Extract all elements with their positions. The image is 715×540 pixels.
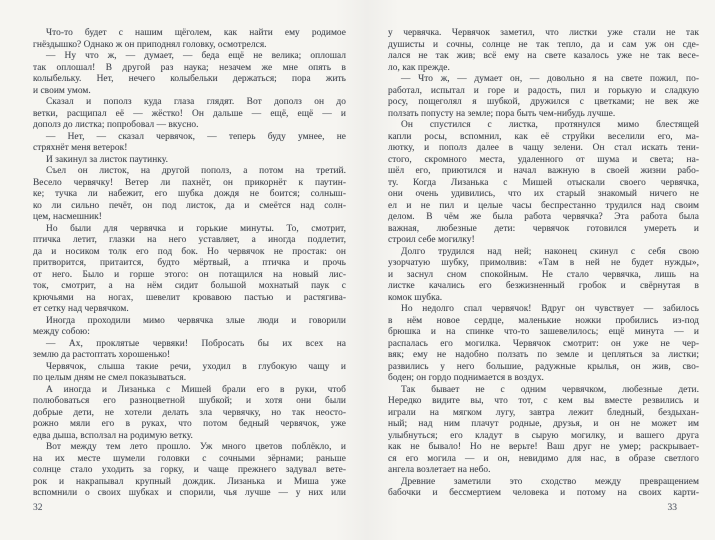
text-line: Что-то будет с нашим щёголем, как найти … xyxy=(33,28,346,40)
text-line: улыбнуться; его кладут в сырую могилку, … xyxy=(388,431,699,443)
text-line: дополз до листка; попробовал — вкусно. xyxy=(33,120,346,132)
text-line: лался не так жив; всё ему на свете казал… xyxy=(388,51,699,63)
text-line: ползать попусту на земле; пора быть чем-… xyxy=(388,109,699,121)
text-line: птичка летит, глазки на него уставляет, … xyxy=(33,235,346,247)
text-line: Но были для червячка и горькие минуты. Т… xyxy=(33,224,346,236)
text-line: шёл его, приютился и начал важную в свое… xyxy=(388,166,699,178)
text-line: А иногда и Лизанька с Мишей брали его в … xyxy=(33,385,346,397)
page-left: Что-то будет с нашим щёголем, как найти … xyxy=(33,28,346,514)
text-line: росу, пощеголял я шубкой, дружился с цве… xyxy=(388,97,699,109)
text-line: ко ли сильно печёт, он под листок, да и … xyxy=(33,201,346,213)
text-line: Вот между тем лето прошло. Уж много цвет… xyxy=(33,442,346,454)
text-line: строил себе могилку! xyxy=(388,235,699,247)
text-line: между собою: xyxy=(33,327,346,339)
text-line: Древние заметили это сходство между прев… xyxy=(388,477,699,489)
text-line: добрые дети, не хотели делать зла червяч… xyxy=(33,408,346,420)
text-line: Весело червячку! Ветер ли пахнёт, он при… xyxy=(33,178,346,190)
text-line: ло, как прежде. xyxy=(388,63,699,75)
text-line: от него. Было и горше этого: он потащилс… xyxy=(33,270,346,282)
page-right-text: у червячка. Червячок заметил, что листки… xyxy=(388,28,699,500)
text-line: Червячок, слыша такие речи, уходил в глу… xyxy=(33,362,346,374)
text-line: играли на мягком лугу, завтра лежит блед… xyxy=(388,408,699,420)
text-line: и заснул сном спокойным. Не стало червяч… xyxy=(388,270,699,282)
text-line: так оплошал! В другой раз наука; незачем… xyxy=(33,63,346,75)
text-line: цем, насмешник! xyxy=(33,212,346,224)
text-line: капли росы, вспомнил, как её струйки вес… xyxy=(388,132,699,144)
text-line: ток, смотрит, а на нём сидит большой мох… xyxy=(33,281,346,293)
text-line: по целым дням не смел показываться. xyxy=(33,373,346,385)
text-line: колыбельку. Нет, нечего колыбельки держа… xyxy=(33,74,346,86)
text-line: как не бывало! Но не верьте! Ваш друг не… xyxy=(388,442,699,454)
text-line: ет сетку над червячком. xyxy=(33,304,346,316)
text-line: землю да растоптать хорошенько! xyxy=(33,350,346,362)
text-line: солнце стало уходить за горку, и чаще пр… xyxy=(33,465,346,477)
text-line: едва дыша, всползал на родимую ветку. xyxy=(33,431,346,443)
text-line: ангела возлетает на небо. xyxy=(388,465,699,477)
text-line: в нём новое сердце, маленькие ножки проб… xyxy=(388,316,699,328)
text-line: стряхнёт меня ветерок! xyxy=(33,143,346,155)
text-line: притворится, притаится, будто мёртвый, а… xyxy=(33,258,346,270)
text-line: развились у него большие, радужные крыль… xyxy=(388,362,699,374)
text-line: ся его могила — и он, невидимо для нас, … xyxy=(388,454,699,466)
text-line: рожно мяли его в руках, что потом бедный… xyxy=(33,419,346,431)
text-line: и своим умом. xyxy=(33,86,346,98)
text-line: они очень удивились, что их старый знако… xyxy=(388,189,699,201)
text-line: лютку, и пополз далее в чащу зелени. Он … xyxy=(388,143,699,155)
text-line: Иногда проходили мимо червячка злые люди… xyxy=(33,316,346,328)
text-line: листке качались его безжизненный гробок … xyxy=(388,281,699,293)
text-line: брюшка и на спинке что-то зашевелилось; … xyxy=(388,327,699,339)
page-number-right: 33 xyxy=(388,503,699,514)
text-line: делом. В чём же была работа червячка? Эт… xyxy=(388,212,699,224)
text-line: работал, испытал и горе и радость, пил и… xyxy=(388,86,699,98)
book-spread: Что-то будет с нашим щёголем, как найти … xyxy=(0,0,715,540)
text-line: бабочки и бессмертием человека и потому … xyxy=(388,488,699,500)
text-line: Съел он листок, на другой пополз, а пото… xyxy=(33,166,346,178)
text-line: у червячка. Червячок заметил, что листки… xyxy=(388,28,699,40)
text-line: вяк; ему не надобно ползать по земле и ц… xyxy=(388,350,699,362)
text-line: гнёздышко? Однако ж он приподнял головку… xyxy=(33,40,346,52)
text-line: Сказал и пополз куда глаза глядят. Вот д… xyxy=(33,97,346,109)
text-line: полюбоваться его разноцветной шубкой; и … xyxy=(33,396,346,408)
text-line: крючьями на ногах, шевелит кровавою паст… xyxy=(33,293,346,305)
text-line: — Нет, — сказал червячок, — теперь буду … xyxy=(33,132,346,144)
text-line: комок шубка. xyxy=(388,293,699,305)
text-line: стого, скромного места, удаленного от шу… xyxy=(388,155,699,167)
text-line: важная, любезные дети: червячок готовилс… xyxy=(388,224,699,236)
page-left-text: Что-то будет с нашим щёголем, как найти … xyxy=(33,28,346,500)
text-line: Нередко видите вы, что тот, с кем вы вме… xyxy=(388,396,699,408)
text-line: ный; над ним плачут родные, друзья, и он… xyxy=(388,419,699,431)
text-line: Он спустился с листка, протянулся мимо б… xyxy=(388,120,699,132)
text-line: — Ах, проклятые червяки! Побросать бы их… xyxy=(33,339,346,351)
text-line: душисты и сочны, солнце не так тепло, да… xyxy=(388,40,699,52)
text-line: Но недолго спал червячок! Вдруг он чувст… xyxy=(388,304,699,316)
text-line: И закинул за листок паутинку. xyxy=(33,155,346,167)
text-line: узорчатую шубку, примолвив: «Там в ней н… xyxy=(388,258,699,270)
text-line: Долго трудился над ней; наконец скинул с… xyxy=(388,247,699,259)
text-line: ветки, расщипал её — жёстко! Он дальше —… xyxy=(33,109,346,121)
text-line: ел и не пил и целые часы беспрестанно тр… xyxy=(388,201,699,213)
text-line: ке; тучка ли набежит, его шубка дождя не… xyxy=(33,189,346,201)
page-right: у червячка. Червячок заметил, что листки… xyxy=(388,28,699,514)
text-line: распалась его могилка. Червячок смотрит:… xyxy=(388,339,699,351)
page-number-left: 32 xyxy=(33,503,346,514)
text-line: ту. Когда Лизанька с Мишей отыскали свое… xyxy=(388,178,699,190)
text-line: на их месте шумели головки с сочными зёр… xyxy=(33,454,346,466)
text-line: да и носиком толк его под бок. Но червяч… xyxy=(33,247,346,259)
text-line: — Что ж, — думает он, — довольно я на св… xyxy=(388,74,699,86)
text-line: рок и накрапывал крупный дождик. Лизаньк… xyxy=(33,477,346,489)
text-line: Так бывает не с одним червячком, любезны… xyxy=(388,385,699,397)
text-line: вспомнили о своих шубках и спорили, чья … xyxy=(33,488,346,500)
text-line: — Ну что ж, — думает, — беда ещё не вели… xyxy=(33,51,346,63)
text-line: боден; он гордо поднимается в воздух. xyxy=(388,373,699,385)
